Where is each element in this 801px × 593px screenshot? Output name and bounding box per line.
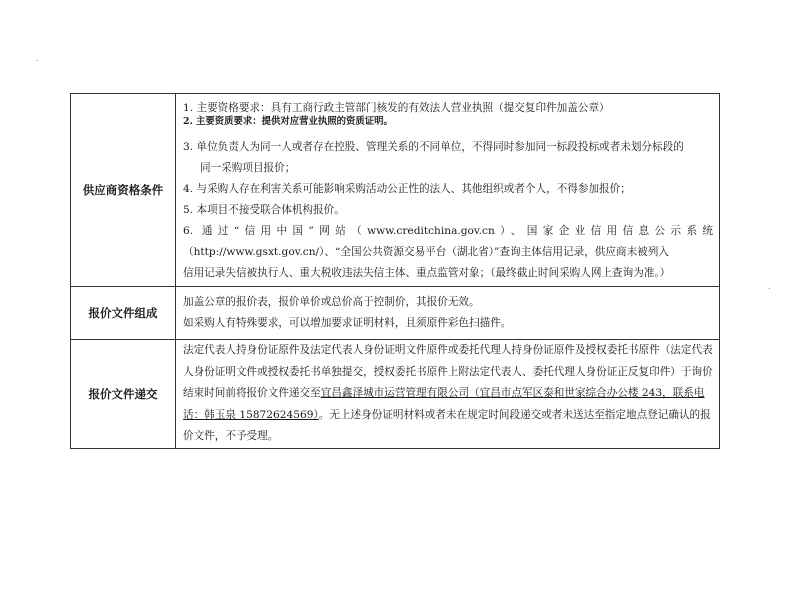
scan-speck [769, 288, 770, 289]
qualification-item-6-cont: 信用记录失信被执行人、重大税收违法失信主体、重点监管对象；（最终截止时间采购人网… [183, 263, 713, 284]
qualification-item-3: 3. 单位负责人为同一人或者存在控股、管理关系的不同单位，不得同时参加同一标段投… [183, 137, 713, 158]
row-content: 加盖公章的报价表，报价单价或总价高于控制价，其报价无效。 如采购人有特殊要求，可… [176, 287, 720, 340]
procurement-requirements-table: 供应商资格条件 1. 主要资格要求：具有工商行政主管部门核发的有效法人营业执照（… [70, 93, 720, 449]
qualification-item-1: 1. 主要资格要求：具有工商行政主管部门核发的有效法人营业执照（提交复印件加盖公… [183, 97, 713, 115]
qualification-item-5: 5. 本项目不接受联合体机构报价。 [183, 200, 713, 221]
composition-line-2: 如采购人有特殊要求，可以增加要求证明材料，且须原件彩色扫描件。 [183, 313, 713, 334]
qualification-item-3-cont: 同一采购项目报价； [183, 158, 713, 179]
qualification-item-6: 6. 通过“信用中国”网站（www.creditchina.gov.cn）、国家… [183, 221, 713, 242]
company-name: 宜昌鑫泽城市运营管理有限公司 [321, 387, 469, 399]
row-label: 报价文件组成 [71, 287, 176, 340]
table-row-supplier-qualifications: 供应商资格条件 1. 主要资格要求：具有工商行政主管部门核发的有效法人营业执照（… [71, 94, 720, 287]
table-row-quote-composition: 报价文件组成 加盖公章的报价表，报价单价或总价高于控制价，其报价无效。 如采购人… [71, 287, 720, 340]
row-content: 法定代表人持身份证原件及法定代表人身份证明文件原件或委托代理人持身份证原件及授权… [176, 340, 720, 449]
composition-line-1: 加盖公章的报价表，报价单价或总价高于控制价，其报价无效。 [183, 292, 713, 313]
qualification-item-2: 2. 主要资质要求：提供对应营业执照的资质证明。 [183, 115, 713, 129]
qualification-item-6-cont: （http://www.gsxt.gov.cn/）、“全国公共资源交易平台（湖北… [183, 242, 713, 263]
scan-speck [37, 60, 38, 61]
row-label: 供应商资格条件 [71, 94, 176, 287]
row-label: 报价文件递交 [71, 340, 176, 449]
row-content: 1. 主要资格要求：具有工商行政主管部门核发的有效法人营业执照（提交复印件加盖公… [176, 94, 720, 287]
table-row-quote-submission: 报价文件递交 法定代表人持身份证原件及法定代表人身份证明文件原件或委托代理人持身… [71, 340, 720, 449]
submission-paragraph: 法定代表人持身份证原件及法定代表人身份证明文件原件或委托代理人持身份证原件及授权… [183, 340, 713, 448]
qualification-item-4: 4. 与采购人存在利害关系可能影响采购活动公正性的法人、其他组织或者个人，不得参… [183, 179, 713, 200]
